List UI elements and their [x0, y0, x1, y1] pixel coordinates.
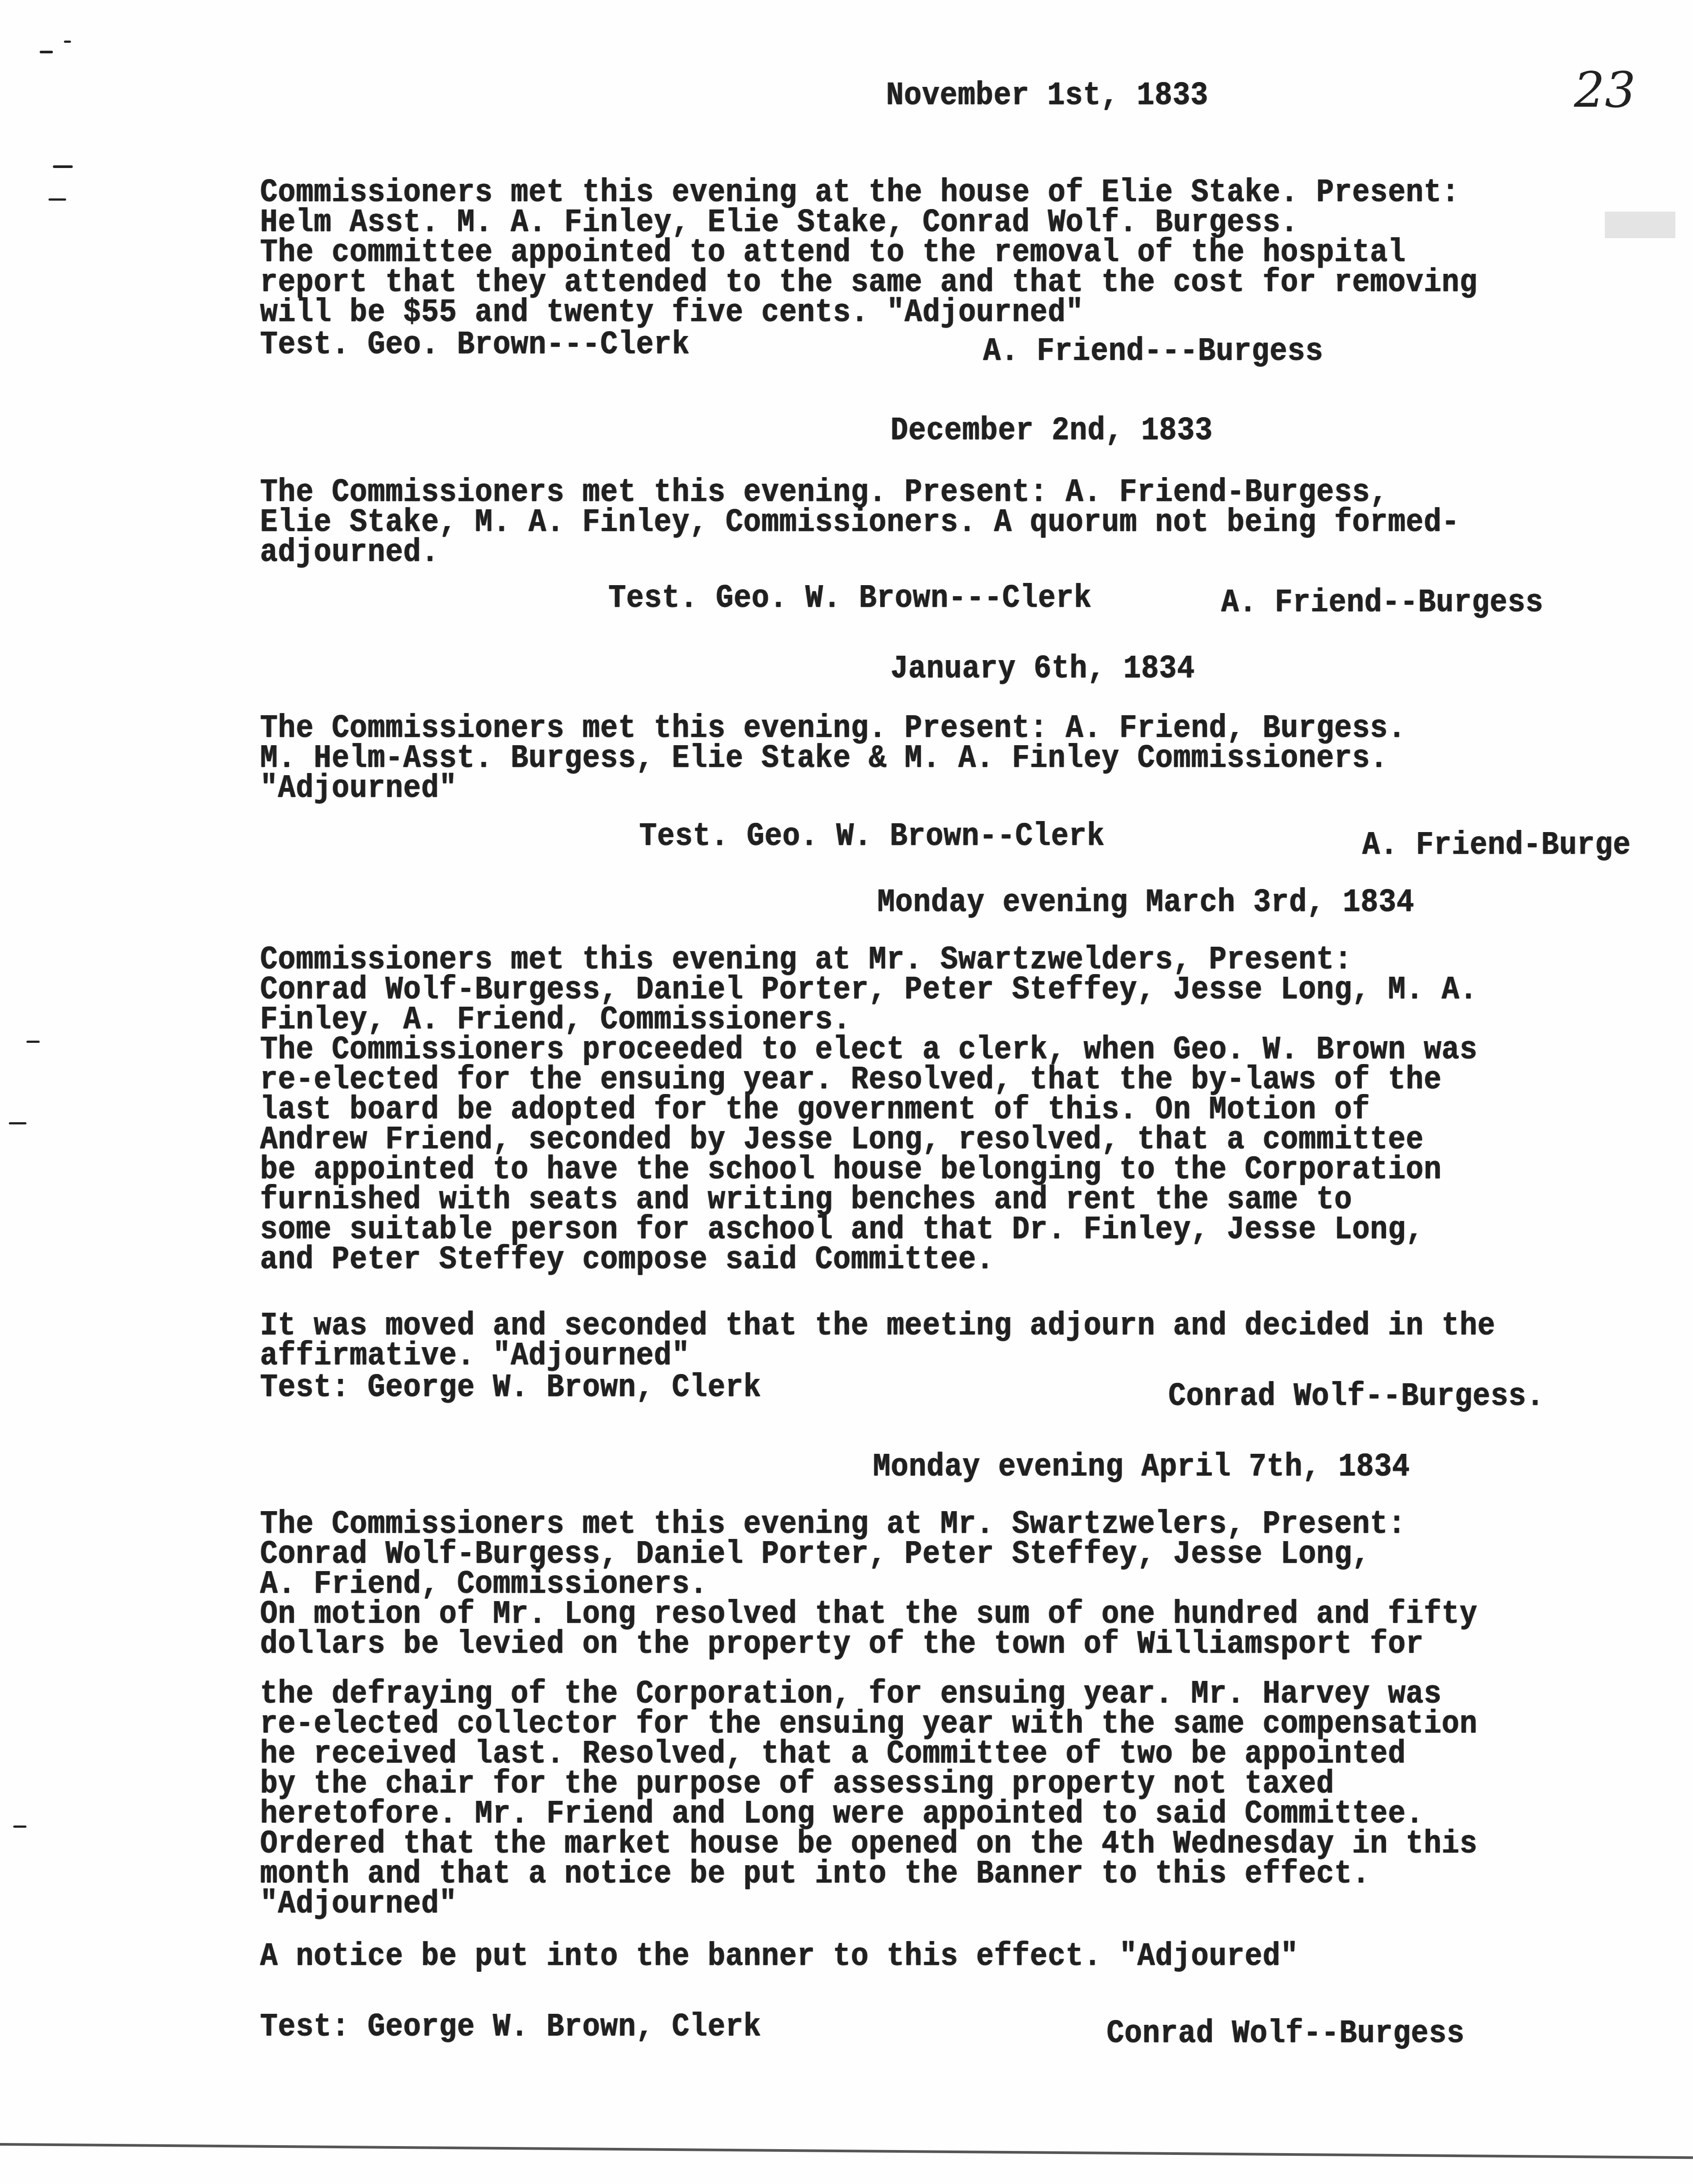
signature-clerk: Test. Geo. Brown---Clerk [260, 329, 690, 361]
signature-burgess: A. Friend--Burgess [1221, 586, 1544, 619]
entry-line: and Peter Steffey compose said Committee… [260, 1243, 994, 1276]
margin-mark [13, 1826, 26, 1828]
entry-date: Monday evening March 3rd, 1834 [877, 886, 1414, 919]
page-number: 23 [1574, 62, 1636, 118]
margin-mark [9, 1122, 26, 1124]
entry-line: A notice be put into the banner to this … [260, 1940, 1298, 1973]
signature-clerk: Test: George W. Brown, Clerk [260, 2011, 761, 2043]
entry-line: "Adjourned" [260, 772, 457, 805]
margin-mark [53, 165, 73, 168]
margin-mark [26, 1041, 40, 1043]
margin-mark [48, 198, 66, 201]
entry-line: Elie Stake, M. A. Finley, Commissioners.… [260, 506, 1460, 539]
signature-burgess: Conrad Wolf--Burgess. [1168, 1380, 1544, 1413]
entry-date: December 2nd, 1833 [891, 414, 1213, 447]
signature-clerk: Test. Geo. W. Brown--Clerk [639, 820, 1105, 853]
entry-date: November 1st, 1833 [886, 79, 1208, 112]
entry-line: "Adjourned" [260, 1888, 457, 1920]
signature-burgess: Conrad Wolf--Burgess [1107, 2017, 1465, 2050]
entry-line: will be $55 and twenty five cents. "Adjo… [260, 296, 1084, 329]
scan-smudge [1605, 212, 1675, 238]
entry-line: dollars be levied on the property of the… [260, 1628, 1424, 1661]
margin-mark [40, 51, 53, 53]
signature-burgess: A. Friend---Burgess [983, 335, 1324, 368]
margin-mark [64, 41, 71, 43]
entry-date: Monday evening April 7th, 1834 [873, 1451, 1410, 1483]
signature-clerk: Test. Geo. W. Brown---Clerk [608, 582, 1092, 615]
signature-clerk: Test: George W. Brown, Clerk [260, 1371, 761, 1404]
signature-burgess: A. Friend-Burge [1362, 829, 1631, 862]
entry-line: adjourned. [260, 536, 439, 569]
document-page: 23 November 1st, 1833 Commissioners met … [0, 0, 1693, 2184]
entry-line: affirmative. "Adjourned" [260, 1340, 690, 1372]
entry-date: January 6th, 1834 [891, 653, 1195, 685]
page-edge-line [0, 2143, 1693, 2159]
